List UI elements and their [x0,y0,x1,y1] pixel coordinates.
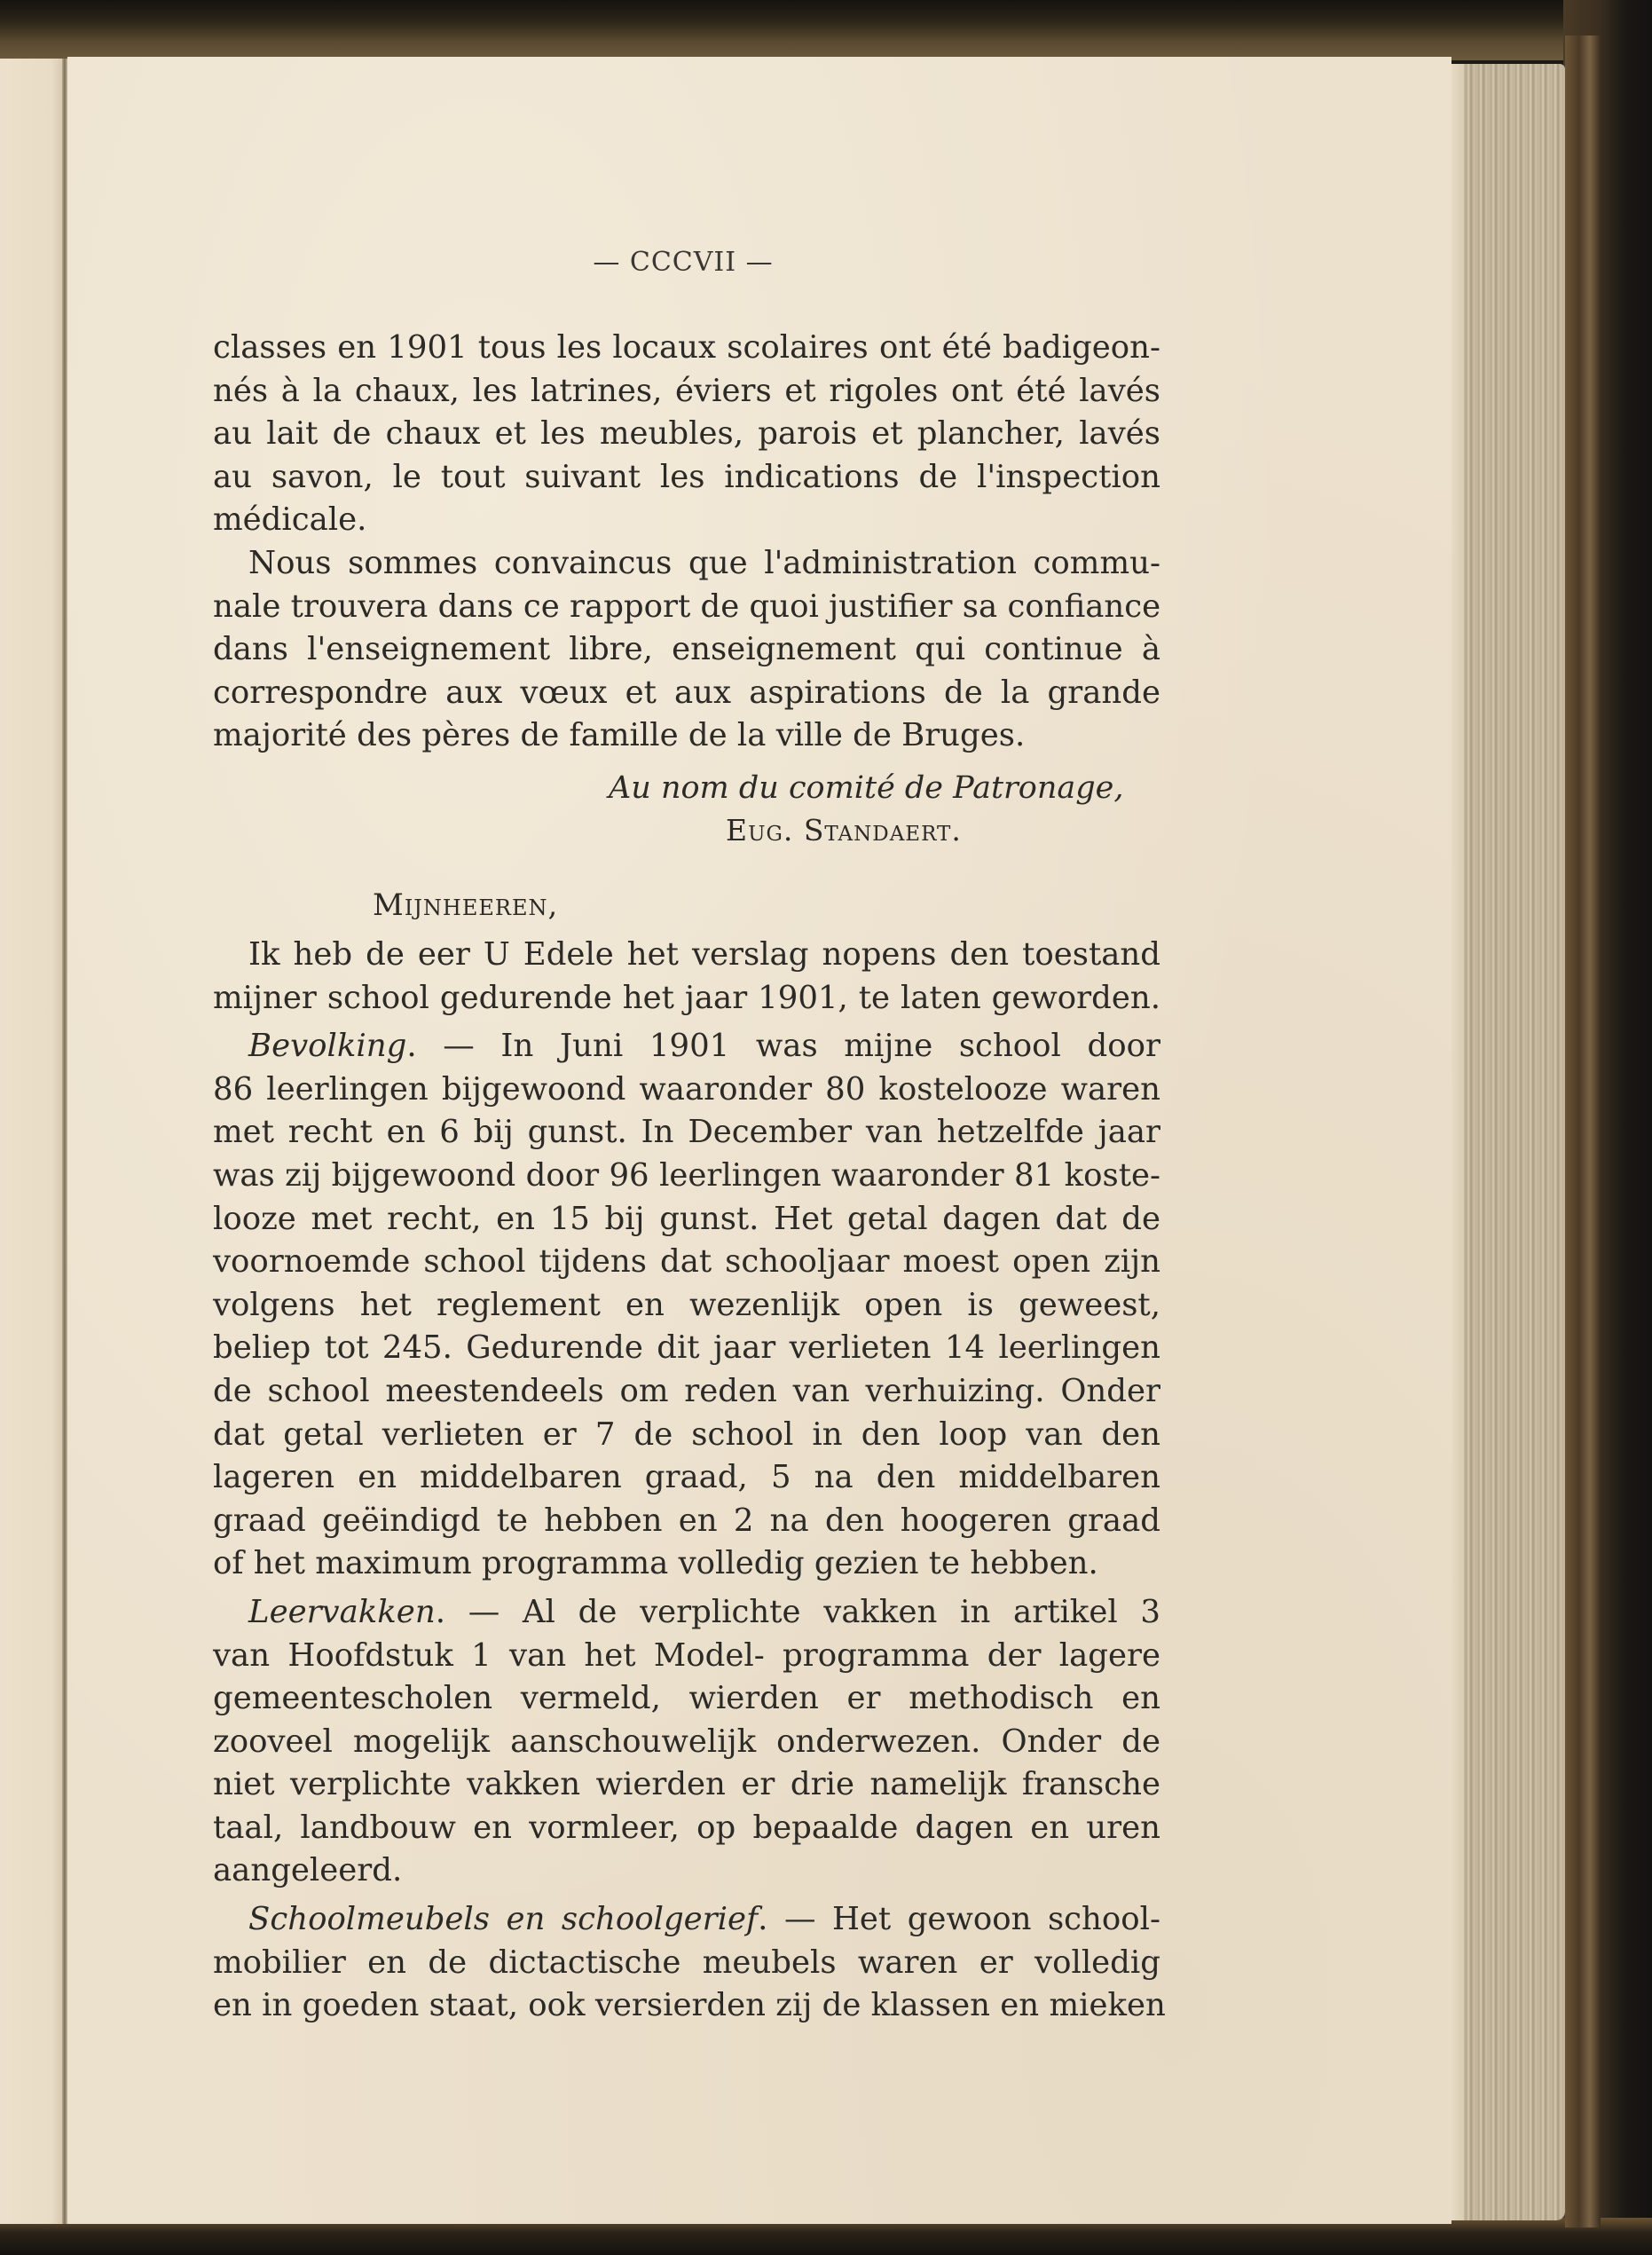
text-line: en in goeden staat, ook versierden zij d… [213,1984,1160,2028]
section-heading-bevolking: Bevolking [248,1028,406,1064]
text-line: 86 leerlingen bijgewoond waaronder 80 ko… [213,1068,1160,1112]
paragraph-leervakken: Leervakken. — Al de verplichte vakken in… [213,1591,1160,1893]
text-line: of het maximum programma volledig gezien… [213,1542,1160,1586]
text-line: mobilier en de dictactische meubels ware… [213,1942,1160,1985]
paragraph-bevolking: Bevolking. — In Juni 1901 was mijne scho… [213,1025,1160,1586]
text-line: Nous sommes convaincus que l'administrat… [248,542,1160,586]
text-line: majorité des pères de famille de la vill… [213,714,1160,758]
paragraph-schoolmeubels: Schoolmeubels en schoolgerief. — Het gew… [213,1898,1160,2028]
text-line: Schoolmeubels en schoolgerief. — Het gew… [213,1898,1160,1942]
book-binding-edge [1565,35,1601,2227]
text-line: correspondre aux vœux et aux aspirations… [213,672,1160,715]
section-heading-leervakken: Leervakken [248,1594,436,1630]
text-line: volgens het reglement en wezenlijk open … [213,1284,1160,1328]
text-line: dat getal verlieten er 7 de school in de… [213,1414,1160,1457]
text-line: lageren en middelbaren graad, 5 na den m… [213,1456,1160,1500]
text-line: au savon, le tout suivant les indication… [213,456,1160,500]
text-line: looze met recht, en 15 bij gunst. Het ge… [213,1198,1160,1242]
text-line: gemeentescholen vermeld, wierden er meth… [213,1677,1160,1721]
text-line: was zij bijgewoond door 96 leerlingen wa… [213,1155,1160,1198]
page-edge-highlight [1451,64,1464,2220]
text-line: beliep tot 245. Gedurende dit jaar verli… [213,1327,1160,1370]
text-line: aangeleerd. [213,1849,1160,1893]
page-stack-edges [1451,64,1565,2220]
text-line: classes en 1901 tous les locaux scolaire… [213,327,1160,370]
text-line: Leervakken. — Al de verplichte vakken in… [213,1591,1160,1635]
text-line: zooveel mogelijk aanschouwelijk onderwez… [213,1721,1160,1764]
dutch-section: Ik heb de eer U Edele het verslag nopens… [213,934,1160,2028]
previous-page-edge [0,59,64,2224]
text-line: dans l'enseignement libre, enseignement … [213,628,1160,672]
text-line: nés à la chaux, les latrines, éviers et … [213,370,1160,414]
paragraph-intro: Ik heb de eer U Edele het verslag nopens… [213,934,1160,1020]
signature-name: Eug. Standaert. [726,813,962,848]
paragraph-french-2-cont: nale trouvera dans ce rapport de quoi ju… [213,586,1160,758]
french-section: classes en 1901 tous les locaux scolaire… [213,327,1160,758]
text-line: voornoemde school tijdens dat schooljaar… [213,1241,1160,1284]
salutation: Mijnheeren, [373,887,558,923]
text-line: médicale. [213,499,1160,542]
text-line: met recht en 6 bij gunst. In December va… [213,1111,1160,1155]
paragraph-french-1: classes en 1901 tous les locaux scolaire… [213,327,1160,542]
text-line: Ik heb de eer U Edele het verslag nopens… [213,934,1160,977]
text-line: Bevolking. — In Juni 1901 was mijne scho… [213,1025,1160,1068]
text-line: nale trouvera dans ce rapport de quoi ju… [213,586,1160,629]
book-cover-top [0,0,1652,60]
text-line: au lait de chaux et les meubles, parois … [213,413,1160,456]
section-heading-schoolmeubels: Schoolmeubels en schoolgerief [248,1901,758,1937]
signature-committee: Au nom du comité de Patronage, [609,770,1124,806]
text-line: mijner school gedurende het jaar 1901, t… [213,977,1160,1021]
text-line: de school meestendeels om reden van verh… [213,1370,1160,1414]
text-line: van Hoofdstuk 1 van het Model- programma… [213,1635,1160,1678]
paragraph-french-2: Nous sommes convaincus que l'administrat… [213,542,1160,586]
text-line: niet verplichte vakken wierden er drie n… [213,1763,1160,1807]
text-line: graad geëindigd te hebben en 2 na den ho… [213,1500,1160,1543]
page-number-header: — CCCVII — [568,247,798,278]
text-line: taal, landbouw en vormleer, op bepaalde … [213,1807,1160,1850]
